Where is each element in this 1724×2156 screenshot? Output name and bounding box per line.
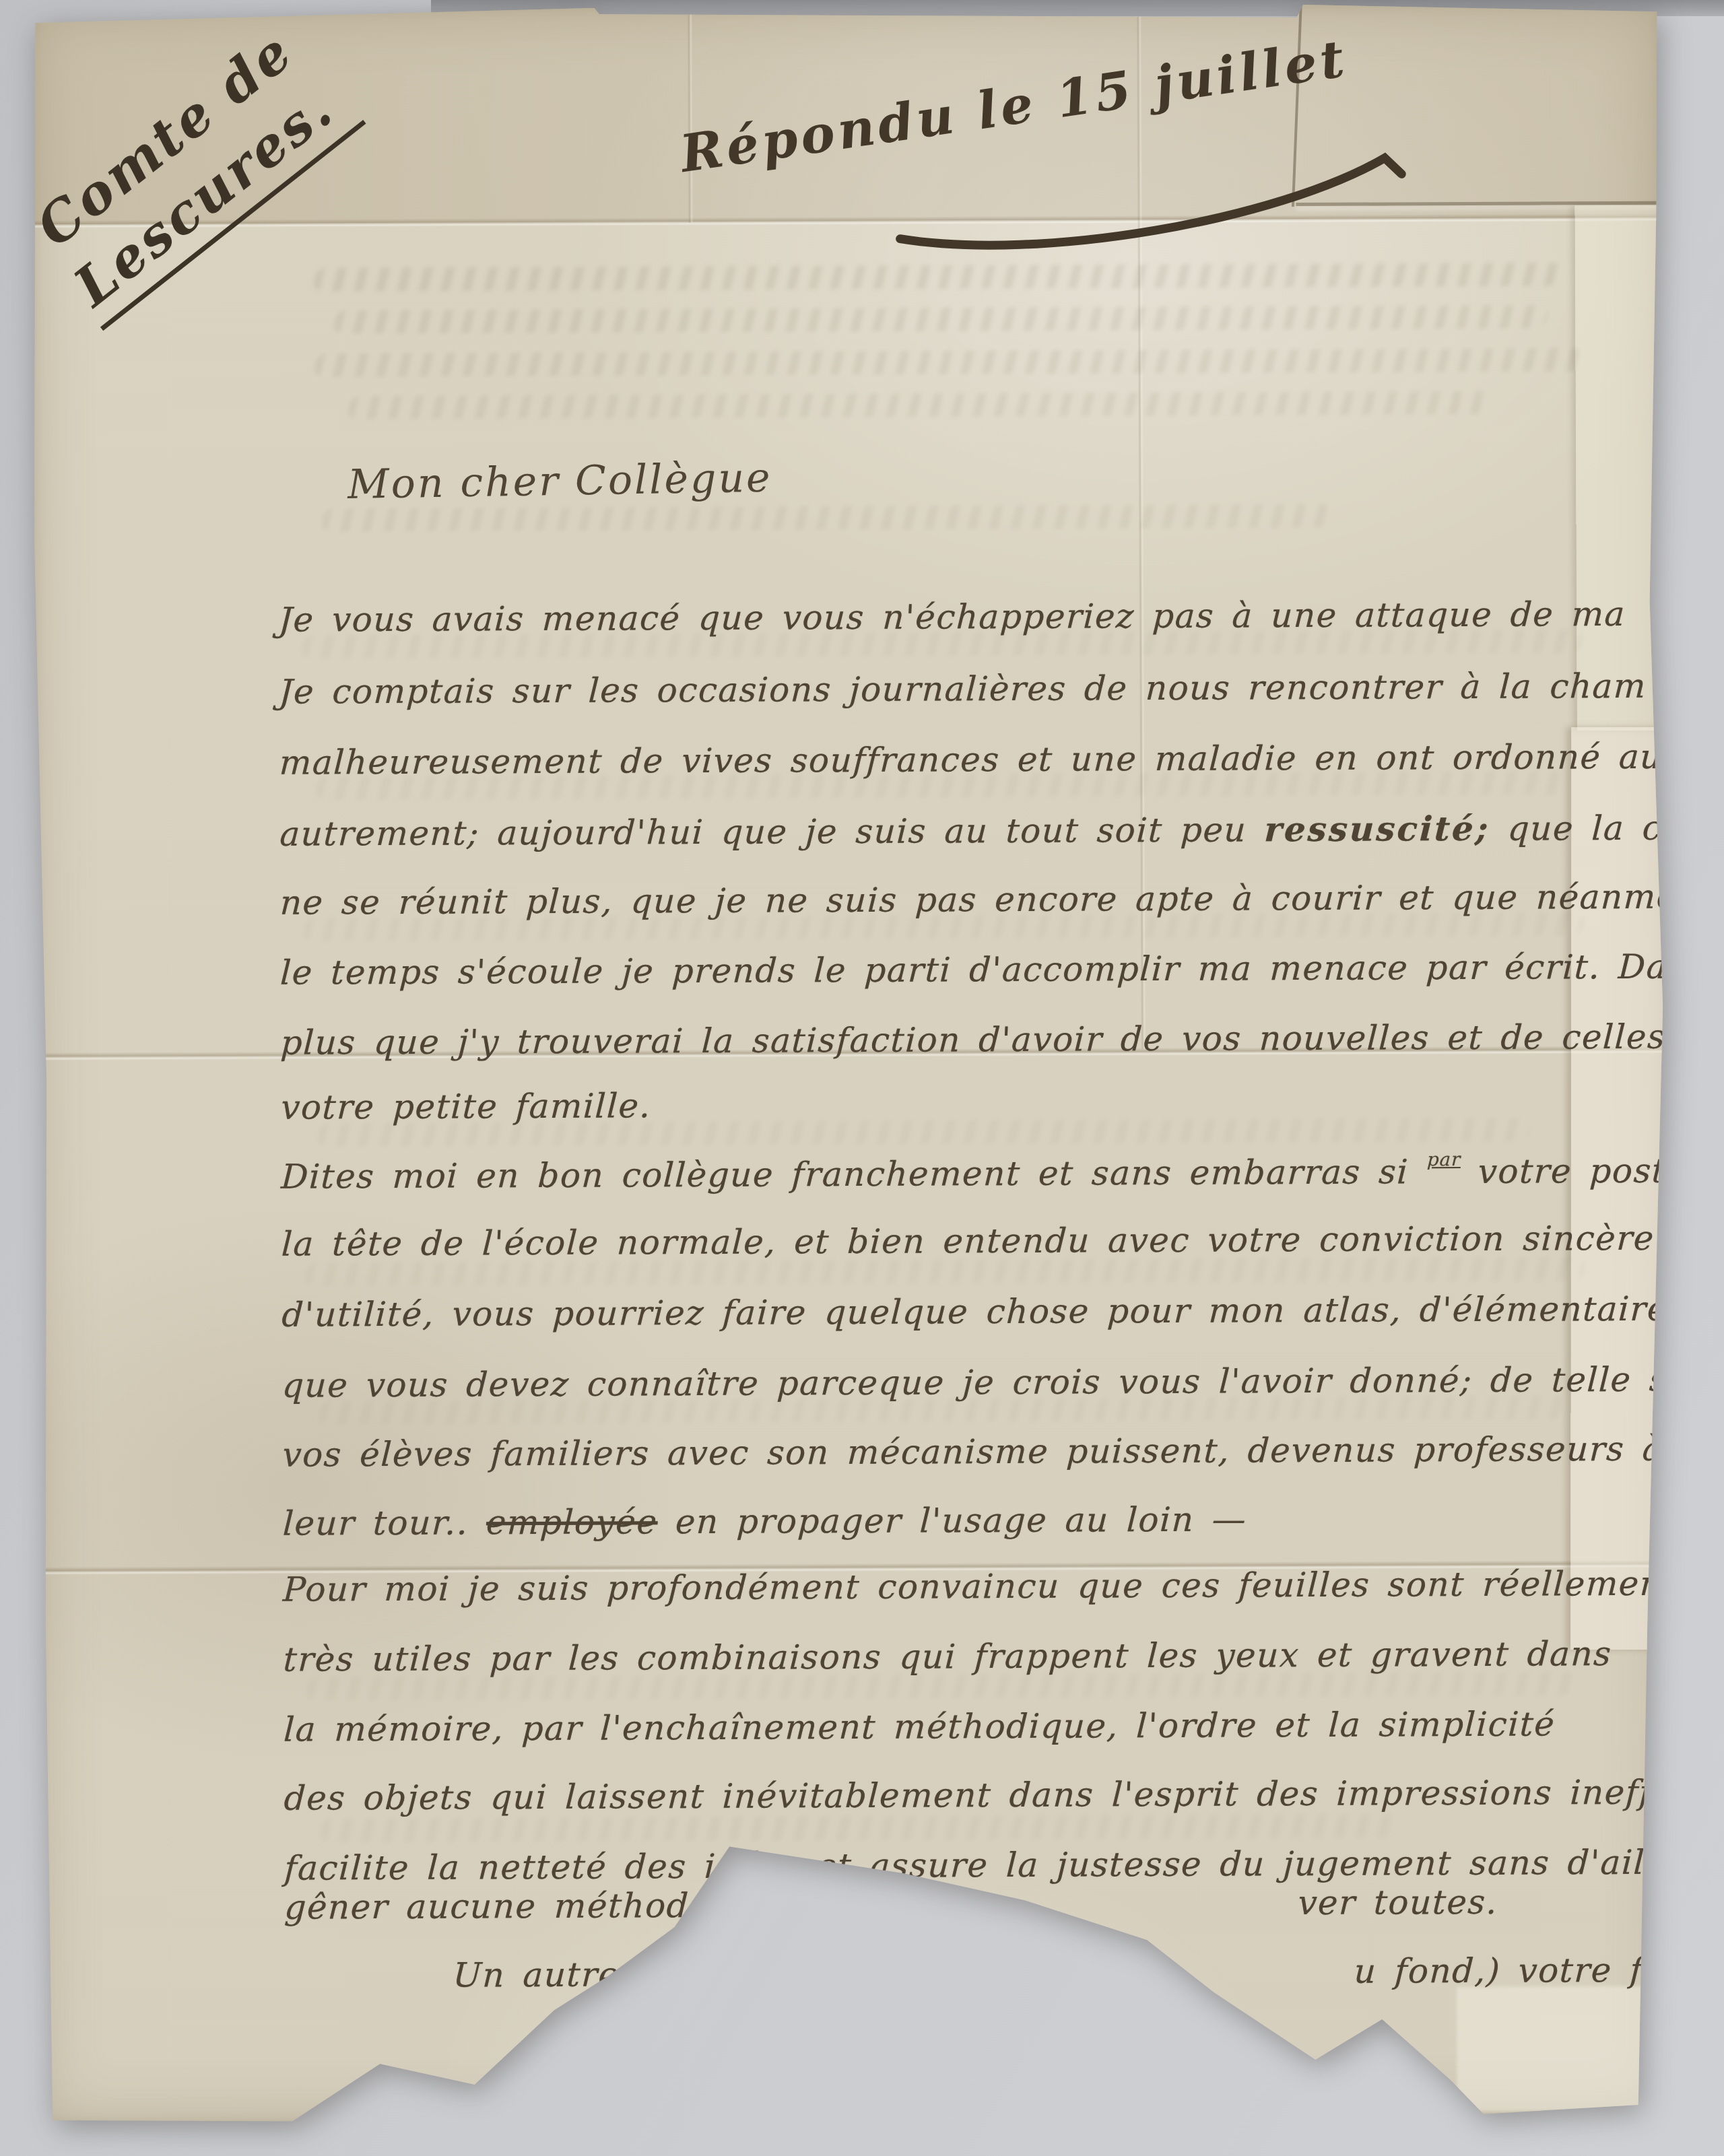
line-text: que vous devez connaître parceque je cro… [281,1359,1724,1405]
line-text: ne se réunit plus, que je ne suis pas en… [279,877,1679,922]
bleedthrough-ghost-line [313,348,1583,376]
letter-line: la tête de l'école normale, et bien ente… [281,1218,1724,1264]
letter-line-torn: gêner aucune méthode mais dever toutes. [284,1881,1724,1927]
letter-line: autrement; aujourd'hui que je suis au to… [279,807,1724,854]
line-text: plus que j'y trouverai la satisfaction d… [279,1017,1724,1062]
letter-line: d'utilité, vous pourriez faire quelque c… [281,1289,1724,1335]
line-text: Un autre point, le [453,1954,793,1994]
photo-of-letter: Comte de Lescures. Répondu le 15 juillet… [0,0,1724,2156]
line-text: la tête de l'école normale, et bien ente… [281,1219,1656,1264]
struck-word: employée [486,1502,659,1542]
letter-line: Dites moi en bon collègue franchement et… [280,1147,1724,1197]
line-text: autrement; aujourd'hui que je suis au to… [279,810,1265,853]
letter-line: Pour moi je suis profondément convaincu … [282,1563,1724,1609]
letter-line: très utiles par les combinaisons qui fra… [282,1633,1724,1679]
folded-right-edge [1574,205,1663,731]
bleedthrough-ghost-line [319,1814,1400,1842]
bleedthrough-ghost-line [347,391,1495,419]
line-text: que la ch [1489,809,1686,848]
letter-paper: Comte de Lescures. Répondu le 15 juillet… [30,3,1669,2125]
torn-line-fragment: u fond,) votre faute [1353,1950,1723,1990]
line-text: votre petite famille. [280,1086,653,1126]
line-text: en propager l'usage au loin — [657,1500,1248,1541]
letter-line: le temps s'écoule je prends le parti d'a… [279,947,1724,992]
line-text: malheureusement de vives souffrances et … [279,737,1664,782]
line-text: Pour moi je suis profondément convaincu … [282,1564,1678,1609]
bottom-right-corner-piece [1457,1986,1646,2112]
bleedthrough-ghost-line [321,504,1334,532]
bleedthrough-ghost-line [312,263,1562,291]
emphasized-word: ressuscité; [1263,809,1491,849]
line-text: Je vous avais menacé que vous n'échapper… [278,595,1627,640]
line-text: gêner aucune méthode mais de [284,1885,874,1927]
letter-line: des objets qui laissent inévitablement d… [283,1772,1724,1818]
letter-line-torn: Un autre point, leu fond,) votre faute [284,1950,1724,1996]
letter-line: leur tour.. employée en propager l'usage… [282,1497,1724,1543]
letter-line: votre petite famille. [280,1081,1724,1127]
letter-line: facilite la netteté des idées et assure … [284,1842,1724,1888]
salutation: Mon cher Collègue [347,454,772,508]
letter-line: malheureusement de vives souffrances et … [279,737,1724,782]
line-text: facilite la netteté des idées et assure … [284,1842,1724,1887]
letter-line: plus que j'y trouverai la satisfaction d… [279,1017,1724,1063]
line-text: Je comptais sur les occasions journalièr… [278,667,1647,712]
letter-paper-wrap: Comte de Lescures. Répondu le 15 juillet… [0,0,1724,2156]
letter-line: ne se réunit plus, que je ne suis pas en… [279,877,1724,922]
fold-crease-vertical [687,7,693,223]
line-text: le temps s'écoule je prends le parti d'a… [279,947,1668,992]
letter-line: la mémoire, par l'enchaînement méthodiqu… [283,1704,1724,1749]
line-text: des objets qui laissent inévitablement d… [283,1772,1724,1817]
letter-line: vos élèves familiers avec son mécanisme … [281,1429,1724,1475]
bleedthrough-ghost-line [333,305,1549,333]
line-text: très utiles par les combinaisons qui fra… [282,1634,1612,1679]
line-text: Dites moi en bon collègue franchement et… [280,1152,1427,1196]
line-text: d'utilité, vous pourriez faire quelque c… [281,1289,1721,1334]
line-text: vos élèves familiers avec son mécanisme … [281,1429,1665,1475]
inserted-word: par [1426,1149,1461,1170]
letter-line: Je comptais sur les occasions journalièr… [278,666,1724,712]
torn-line-fragment: ver toutes. [1297,1883,1499,1922]
line-text: la mémoire, par l'enchaînement méthodiqu… [283,1704,1556,1749]
line-text: votre poste à [1459,1151,1724,1191]
letter-line: que vous devez connaître parceque je cro… [281,1359,1724,1405]
letter-line: Je vous avais menacé que vous n'échapper… [278,594,1724,640]
line-text: leur tour.. [282,1503,488,1543]
